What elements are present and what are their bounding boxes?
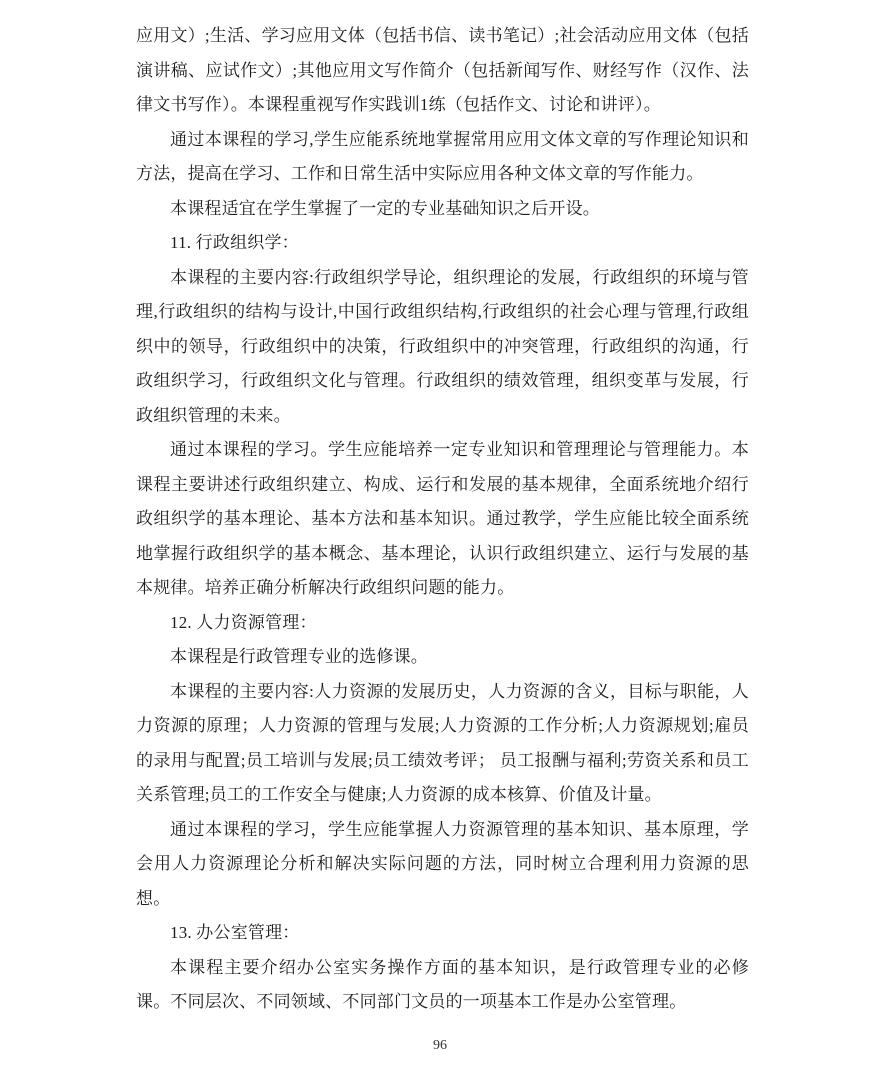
paragraph: 本课程适宜在学生掌握了一定的专业基础知识之后开设。 (136, 192, 749, 227)
section-heading-12: 12. 人力资源管理： (136, 606, 749, 641)
section-heading-11: 11. 行政组织学： (136, 226, 749, 261)
page-number: 96 (0, 1038, 880, 1054)
paragraph: 本课程是行政管理专业的选修课。 (136, 640, 749, 675)
paragraph: 本课程的主要内容:人力资源的发展历史，人力资源的含义，目标与职能，人力资源的原理… (136, 675, 749, 813)
paragraph: 通过本课程的学习，学生应能掌握人力资源管理的基本知识、基本原理，学会用人力资源理… (136, 813, 749, 917)
document-body: 应用文）;生活、学习应用文体（包括书信、读书笔记）;社会活动应用文体（包括演讲稿… (136, 19, 749, 1020)
paragraph: 通过本课程的学习,学生应能系统地掌握常用应用文体文章的写作理论知识和方法，提高在… (136, 123, 749, 192)
document-page: 应用文）;生活、学习应用文体（包括书信、读书笔记）;社会活动应用文体（包括演讲稿… (0, 0, 880, 1084)
section-heading-13: 13. 办公室管理： (136, 916, 749, 951)
paragraph: 本课程的主要内容:行政组织学导论，组织理论的发展，行政组织的环境与管理,行政组织… (136, 261, 749, 434)
paragraph: 本课程主要介绍办公室实务操作方面的基本知识，是行政管理专业的必修课。不同层次、不… (136, 951, 749, 1020)
paragraph: 通过本课程的学习。学生应能培养一定专业知识和管理理论与管理能力。本课程主要讲述行… (136, 433, 749, 606)
paragraph-continuation: 应用文）;生活、学习应用文体（包括书信、读书笔记）;社会活动应用文体（包括演讲稿… (136, 19, 749, 123)
